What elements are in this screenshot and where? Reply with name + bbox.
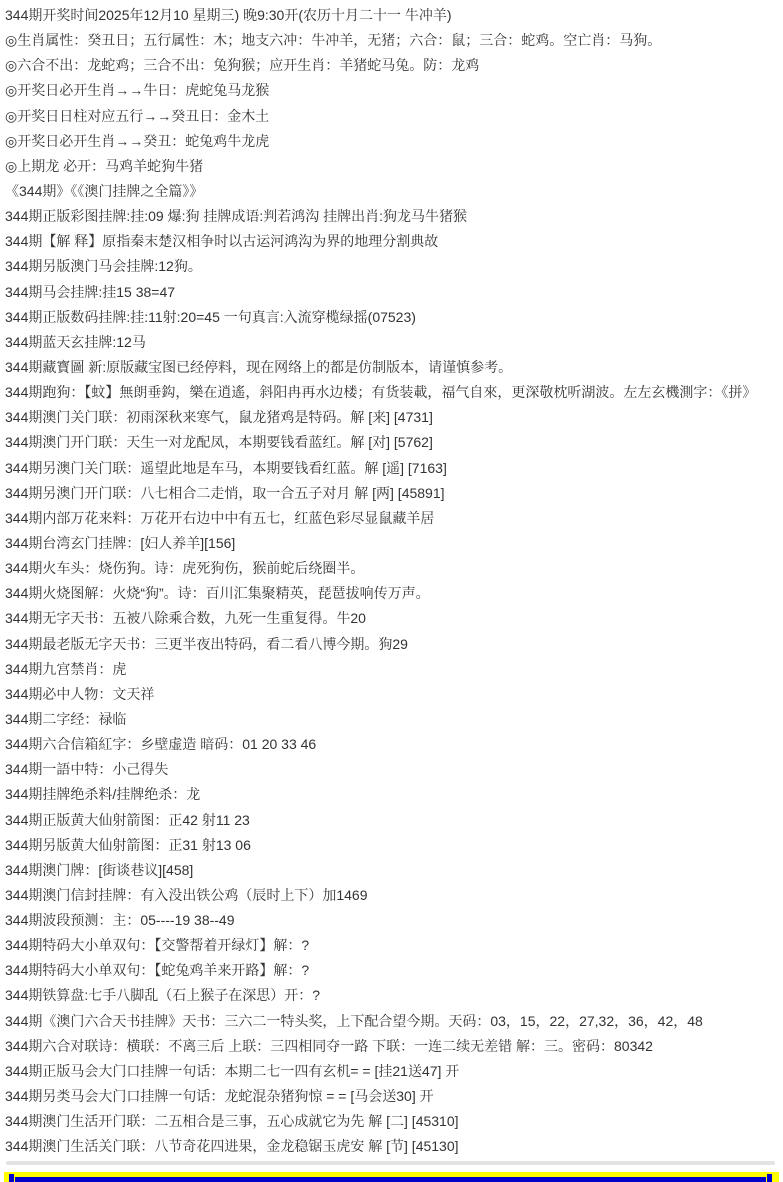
horizontal-scrollbar[interactable] [6, 1161, 775, 1165]
lottery-info-text-block: 344期开奖时间2025年12月10 星期三) 晚9:30开(农历十月二十一 牛… [0, 0, 783, 1159]
text-line: 344期正版数码挂牌:挂:11射:20=45 一句真言:入流穿榄绿摇(07523… [5, 305, 783, 330]
text-line: 344期无字天书：五被八除乘合数，九死一生重复得。牛20 [5, 606, 783, 631]
section-title-line: 《344期》《《澳门挂牌之全篇》》 [5, 179, 783, 204]
text-line: 344期特码大小单双句：【蛇兔鸡羊来开路】解：? [5, 958, 783, 983]
text-line: 344期一語中特：小己得失 [5, 757, 783, 782]
text-line: 344期台湾玄门挂牌：[妇人养羊][156] [5, 531, 783, 556]
text-line: 344期另澳门开门联：八七相合二走悄，取一合五子对月 解 [两] [45891] [5, 481, 783, 506]
text-line: 344期马会挂牌:挂15 38=47 [5, 280, 783, 305]
text-line: 344期另澳门关门联：遥望此地是车马，本期要钱看红蓝。解 [遥] [7163] [5, 456, 783, 481]
text-line: 344期铁算盘:七手八脚乱（石上猴子在深思）开：? [5, 983, 783, 1008]
text-line: 344期最老版无字天书：三更半夜出特码，看二看八博今期。狗29 [5, 632, 783, 657]
text-line: 344期澳门关门联：初雨深秋来寒气，鼠龙猪鸡是特码。解 [来] [4731] [5, 405, 783, 430]
text-line: ◎上期龙 必开：马鸡羊蛇狗牛猪 [5, 154, 783, 179]
yellow-box-left-notch [9, 1174, 14, 1182]
text-line: 344期九宫禁肖：虎 [5, 657, 783, 682]
text-line: 344期【解 释】原指秦末楚汉相争时以古运河鸿沟为界的地理分割典故 [5, 229, 783, 254]
text-line: 344期内部万花来料：万花开右边中中有五七，红蓝色彩尽显鼠藏羊居 [5, 506, 783, 531]
text-line: 344期火车头：烧伤狗。诗：虎死狗伤，猴前蛇后绕圈半。 [5, 556, 783, 581]
text-line: 344期另版黄大仙射箭图：正31 射13 06 [5, 833, 783, 858]
text-line: 344期火烧图解：火烧“狗”。诗：百川汇集聚精英，琵琶拔响传万声。 [5, 581, 783, 606]
text-line: 344期藏寳圖 新:原版藏宝图已经停料，现在网络上的都是仿制版本，请谨慎参考。 [5, 355, 783, 380]
text-line: 344期另版澳门马会挂牌:12狗。 [5, 254, 783, 279]
text-line: 344期六合对联诗：横联：不离三后 上联：三四相同夺一路 下联：一连二续无差错 … [5, 1034, 783, 1059]
text-line: 344期澳门生活关门联：八节奇花四进果，金龙稳锯玉虎安 解 [节] [45130… [5, 1134, 783, 1159]
text-line: 344期另类马会大门口挂牌一句话：龙蛇混杂猪狗惊 = = [马会送30] 开 [5, 1084, 783, 1109]
text-line: 344期跑狗：【蚊】無朗垂鈎，樂在逍遙，斜阳冉再水边楼；有货装載，福气自來，更深… [5, 380, 783, 405]
text-line: 344期澳门生活开门联：二五相合是三事，五心成就它为先 解 [二] [45310… [5, 1109, 783, 1134]
next-section-yellow-box [4, 1172, 779, 1182]
text-line: 344期澳门开门联：天生一对龙配凤，本期要钱看蓝红。解 [对] [5762] [5, 430, 783, 455]
draw-time-line: 344期开奖时间2025年12月10 星期三) 晚9:30开(农历十月二十一 牛… [5, 3, 783, 28]
text-line: 344期特码大小单双句：【交警帮着开绿灯】解：? [5, 933, 783, 958]
text-line: 344期波段预测：主：05----19 38--49 [5, 908, 783, 933]
text-line: 344期必中人物：文天祥 [5, 682, 783, 707]
text-line: 344期澳门牌：[街谈巷议][458] [5, 858, 783, 883]
text-line: 344期正版马会大门口挂牌一句话：本期二七一四有玄机= = [挂21送47] 开 [5, 1059, 783, 1084]
yellow-box-right-notch [767, 1174, 772, 1182]
text-line: ◎开奖日必开生肖→→癸丑：蛇兔鸡牛龙虎 [5, 129, 783, 154]
text-line: ◎开奖日日柱对应五行→→癸丑日：金木土 [5, 104, 783, 129]
text-line: 344期六合信箱紅字：乡壁虚造 暗码：01 20 33 46 [5, 732, 783, 757]
text-line: 344期《澳门六合天书挂牌》天书：三六二一特头奖，上下配合望今期。天码：03，1… [5, 1009, 783, 1034]
text-line: ◎六合不出：龙蛇鸡；三合不出：兔狗猴；应开生肖：羊猪蛇马兔。防：龙鸡 [5, 53, 783, 78]
text-line: 344期正版彩图挂牌:挂:09 爆:狗 挂牌成语:判若鸿沟 挂牌出肖:狗龙马牛猪… [5, 204, 783, 229]
text-line: 344期蓝天玄挂牌:12马 [5, 330, 783, 355]
text-line: 344期澳门信封挂牌：有入没出铁公鸡（辰时上下）加1469 [5, 883, 783, 908]
text-line: 344期二字经：禄临 [5, 707, 783, 732]
text-line: ◎开奖日必开生肖→→牛日：虎蛇兔马龙猴 [5, 78, 783, 103]
yellow-box-blue-header-bar [15, 1177, 766, 1182]
text-line: ◎生肖属性：癸丑日；五行属性：木；地支六冲：牛冲羊，无猪；六合：鼠；三合：蛇鸡。… [5, 28, 783, 53]
text-line: 344期正版黄大仙射箭图：正42 射11 23 [5, 808, 783, 833]
text-line: 344期挂牌绝杀料/挂牌绝杀：龙 [5, 782, 783, 807]
